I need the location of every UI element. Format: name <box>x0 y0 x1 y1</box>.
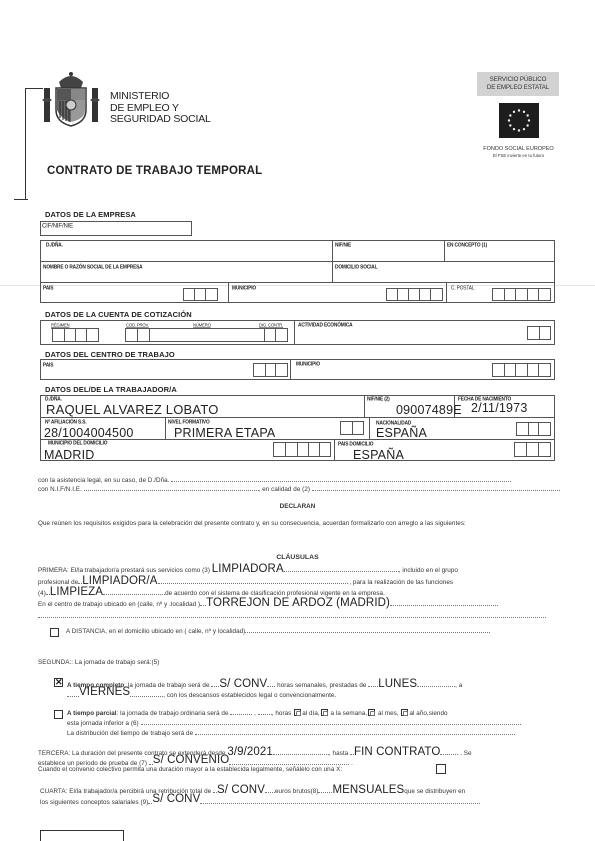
fse-caption: FONDO SOCIAL EUROPEO El FSE invierte en … <box>476 146 561 159</box>
fse-title: FONDO SOCIAL EUROPEO <box>476 146 561 153</box>
cuarta-text: los siguientes conceptos salariales (9) <box>40 799 148 806</box>
trabajador-nacionalidad-value[interactable]: ESPAÑA <box>376 427 427 440</box>
empresa-dona-label: D./DÑA. <box>46 243 63 249</box>
empresa-cpostal-label: C. POSTAL <box>451 286 474 292</box>
empresa-concepto-label: EN CONCEPTO (1) <box>447 243 487 249</box>
dots <box>67 691 79 697</box>
puesto-value[interactable]: LIMPIADORA <box>212 563 284 575</box>
tiempo-completo-checkbox[interactable]: ✕ <box>54 678 63 687</box>
section-title-empresa: DATOS DE LA EMPRESA <box>45 210 136 219</box>
trabajador-afiliacion-label: Nº AFILIACIÓN S.S. <box>45 420 87 426</box>
tercera-text: Cuando el convenio colectivo permita una… <box>38 766 342 773</box>
tiempo-parcial-checkbox[interactable] <box>54 710 63 719</box>
primera-text: , para la realización de las funciones <box>349 579 453 586</box>
ministry-line-1: MINISTERIO <box>110 91 211 103</box>
dots <box>229 759 349 765</box>
centro-trabajo-value[interactable]: TORREJON DE ARDOZ (MADRID) <box>206 597 390 609</box>
dots <box>158 578 348 584</box>
divider <box>369 417 370 439</box>
numero-label: NÚMERO <box>193 322 211 328</box>
dots[interactable] <box>38 612 546 618</box>
divider <box>364 395 365 417</box>
trabajador-pais-value[interactable]: ESPAÑA <box>353 449 404 462</box>
periodo-prueba-value[interactable]: S/ CONVENIO <box>153 754 230 766</box>
dots <box>130 691 163 697</box>
centro-municipio-label: MUNICIPIO <box>296 362 320 368</box>
footer-box <box>40 830 124 841</box>
actividad-cells[interactable] <box>527 326 551 340</box>
completo-text: , con los descansos establecidos legal o… <box>163 692 336 699</box>
dots <box>440 749 458 755</box>
empresa-domicilio-label: DOMICILIO SOCIAL <box>335 265 377 271</box>
centro-municipio-cells[interactable] <box>492 363 551 377</box>
parcial-text: esta jornada inferior a (6) <box>67 720 139 727</box>
trabajador-fecha-value[interactable]: 2/11/1973 <box>471 402 527 415</box>
primera-text: (4) <box>38 590 46 597</box>
empresa-municipio-code-cells[interactable] <box>386 288 443 301</box>
dots[interactable] <box>230 709 252 715</box>
dots <box>390 600 498 606</box>
fse-subtitle: El FSE invierte en tu futuro <box>476 153 561 160</box>
regimen-cells[interactable] <box>52 328 99 342</box>
primera-line-1: PRIMERA: El/la trabajador/a prestará sus… <box>38 563 458 575</box>
primera-text: profesional de <box>38 579 78 586</box>
divider <box>228 282 229 303</box>
sepe-line-1: SERVICIO PÚBLICO <box>477 76 559 84</box>
divider <box>446 282 447 303</box>
primera-text: , incluido en el grupo <box>399 567 458 574</box>
primera-text: de acuerdo con el sistema de clasificaci… <box>165 590 385 597</box>
asistencia-nif-label: con N.I.F/N.I.E. <box>38 486 82 493</box>
periodo-semana-label: a la semana, <box>331 710 368 717</box>
dots <box>200 798 480 804</box>
tiempo-parcial-label: A tiempo parcial <box>67 710 117 717</box>
cuarta-text: euros brutos(8) <box>275 788 318 795</box>
dots <box>368 681 378 687</box>
margin-rule-bottom <box>14 199 28 200</box>
dots <box>273 749 329 755</box>
primera-line-5 <box>38 612 546 620</box>
divider <box>334 439 335 461</box>
a-la-semana-checkbox[interactable] <box>321 709 328 716</box>
digcontr-label: DIG. CONTR. <box>259 322 283 328</box>
declaran-text: Que reúnen los requisitos exigidos para … <box>38 520 466 527</box>
codprov-label: COD. PROV. <box>126 322 149 328</box>
margin-rule <box>25 88 26 200</box>
tercera-text: . Se <box>460 750 471 757</box>
parcial-line-2: esta jornada inferior a (6) <box>67 719 521 727</box>
parcial-text: : la jornada de trabajo ordinaria será d… <box>117 710 229 717</box>
periodo-mes-label: al mes, <box>378 710 399 717</box>
distancia-blank[interactable] <box>245 627 490 633</box>
dots <box>318 787 332 793</box>
dots <box>284 566 399 572</box>
empresa-razon-label: NOMBRE O RAZÓN SOCIAL DE LA EMPRESA <box>43 265 143 271</box>
trabajador-nif-value[interactable]: 09007489E <box>396 404 462 417</box>
dots <box>267 681 275 687</box>
ministry-line-3: SEGURIDAD SOCIAL <box>110 114 211 126</box>
divider <box>332 240 333 282</box>
distancia-line: A DISTANCIA, en el domicilio ubicado en … <box>66 627 490 635</box>
trabajador-nivel-value[interactable]: PRIMERA ETAPA <box>174 427 275 440</box>
conceptos-salariales-value[interactable]: S/ CONV <box>152 793 200 805</box>
empresa-nif-label: NIF/NIE <box>335 243 351 249</box>
distancia-label: A DISTANCIA, en el domicilio ubicado en … <box>66 628 245 635</box>
completo-line-2: VIERNES, con los descansos establecidos … <box>67 688 336 700</box>
trabajador-municipio-value[interactable]: MADRID <box>44 449 95 462</box>
sepe-line-2: DE EMPLEO ESTATAL <box>477 84 559 92</box>
divider <box>40 282 555 283</box>
trabajador-nif-label: NIF/NIE (2) <box>367 397 390 403</box>
empresa-table <box>40 240 555 303</box>
parcial-line-3: La distribución del tiempo de trabajo se… <box>67 729 515 737</box>
ministry-name: MINISTERIO DE EMPLEO Y SEGURIDAD SOCIAL <box>110 91 211 126</box>
periodo-dia-label: al día, <box>302 710 320 717</box>
trabajador-nivel-label: NIVEL FORMATIVO <box>168 420 210 426</box>
pais-domicilio-cells[interactable] <box>514 442 551 457</box>
distancia-checkbox[interactable] <box>50 628 59 637</box>
divider <box>294 320 295 345</box>
nivel-formativo-cells[interactable] <box>340 421 364 435</box>
centro-pais-cells[interactable] <box>253 363 288 377</box>
divider <box>290 359 291 380</box>
asistencia-line-1: con la asistencia legal, en su caso, de … <box>38 476 511 484</box>
trabajador-nombre-value[interactable]: RAQUEL ALVAREZ LOBATO <box>46 403 219 416</box>
section-title-centro: DATOS DEL CENTRO DE TRABAJO <box>45 350 175 359</box>
primera-text: PRIMERA: El/la trabajador/a prestará sus… <box>38 567 210 574</box>
empresa-pais-code-cells[interactable] <box>183 288 218 301</box>
clausulas-heading: CLÁUSULAS <box>0 554 595 561</box>
cuarta-line-2: los siguientes conceptos salariales (9)S… <box>40 795 480 807</box>
asistencia-calidad-blank[interactable] <box>312 485 560 491</box>
asistencia-nif-blank[interactable] <box>84 485 259 491</box>
dots <box>103 589 165 595</box>
completo-text: , a <box>455 682 462 689</box>
cif-field[interactable]: CIF/NIF/NIE <box>40 221 192 236</box>
periodo-ano-label: al año,siendo <box>409 710 447 717</box>
trabajador-afiliacion-value[interactable]: 28/1004004500 <box>44 427 134 440</box>
divider <box>444 240 445 261</box>
eu-flag-icon <box>499 103 539 138</box>
empresa-pais-label: PAIS <box>43 286 53 292</box>
asistencia-line-2: con N.I.F/N.I.E. , en calidad de (2) <box>38 485 560 493</box>
page-title: CONTRATO DE TRABAJO TEMPORAL <box>47 165 262 177</box>
dia-hasta-value[interactable]: VIERNES <box>79 686 130 698</box>
primera-text: En el centro de trabajo ubicado en (call… <box>38 601 200 608</box>
parcial-line-1: A tiempo parcial: la jornada de trabajo … <box>67 709 448 717</box>
jornada-inferior-blank[interactable] <box>141 719 521 725</box>
section-title-cotizacion: DATOS DE LA CUENTA DE COTIZACIÓN <box>45 310 192 319</box>
cuarta-text: que se distribuyen en <box>404 788 465 795</box>
nacionalidad-cells[interactable] <box>516 422 551 436</box>
parcial-text: horas <box>275 710 291 717</box>
actividad-label: ACTIVIDAD ECONÓMICA <box>298 323 352 329</box>
section-title-trabajador: DATOS DEL/DE LA TRABAJADOR/A <box>45 385 177 394</box>
segunda-heading: SEGUNDA:: La jornada de trabajo será:(5) <box>38 659 159 666</box>
divider <box>40 261 555 262</box>
cif-label: CIF/NIF/NIE <box>42 223 73 230</box>
margin-rule-top <box>25 88 43 89</box>
dots <box>417 681 455 687</box>
cuenta-cotizacion-cells[interactable] <box>125 328 288 342</box>
sepe-logo: SERVICIO PÚBLICO DE EMPLEO ESTATAL <box>477 72 559 96</box>
duracion-mayor-checkbox[interactable] <box>436 764 446 774</box>
empresa-cpostal-cells[interactable] <box>492 288 551 301</box>
centro-pais-label: PAIS <box>43 363 53 369</box>
tercera-line-3: Cuando el convenio colectivo permita una… <box>38 766 342 773</box>
asistencia-label: con la asistencia legal, en su caso, de … <box>38 477 170 484</box>
al-ano-checkbox[interactable] <box>401 709 408 716</box>
al-mes-checkbox[interactable] <box>368 709 375 716</box>
empresa-municipio-label: MUNICIPIO <box>232 286 256 292</box>
declaran-heading: DECLARAN <box>0 503 595 510</box>
spain-coat-of-arms-icon <box>42 70 100 130</box>
primera-line-4: En el centro de trabajo ubicado en (call… <box>38 597 498 609</box>
trabajador-municipio-label: MUNICIPIO DEL DOMICILIO <box>48 441 107 447</box>
distribucion-blank[interactable] <box>195 729 515 735</box>
regimen-label: RÉGIMEN <box>51 322 70 328</box>
trabajador-pais-label: PAIS DOMICILIO <box>338 442 373 448</box>
fecha-hasta-value[interactable]: FIN CONTRATO <box>354 746 440 758</box>
divider <box>165 417 166 439</box>
dots <box>265 787 275 793</box>
municipio-domicilio-cells[interactable] <box>273 442 331 457</box>
dia-desde-value[interactable]: LUNES <box>378 678 417 690</box>
parcial-text: La distribución del tiempo de trabajo se… <box>67 730 193 737</box>
asistencia-calidad-label: , en calidad de (2) <box>259 486 310 493</box>
divider <box>40 417 555 418</box>
dots[interactable] <box>258 709 272 715</box>
asistencia-blank[interactable] <box>171 476 511 482</box>
al-dia-checkbox[interactable] <box>294 709 301 716</box>
